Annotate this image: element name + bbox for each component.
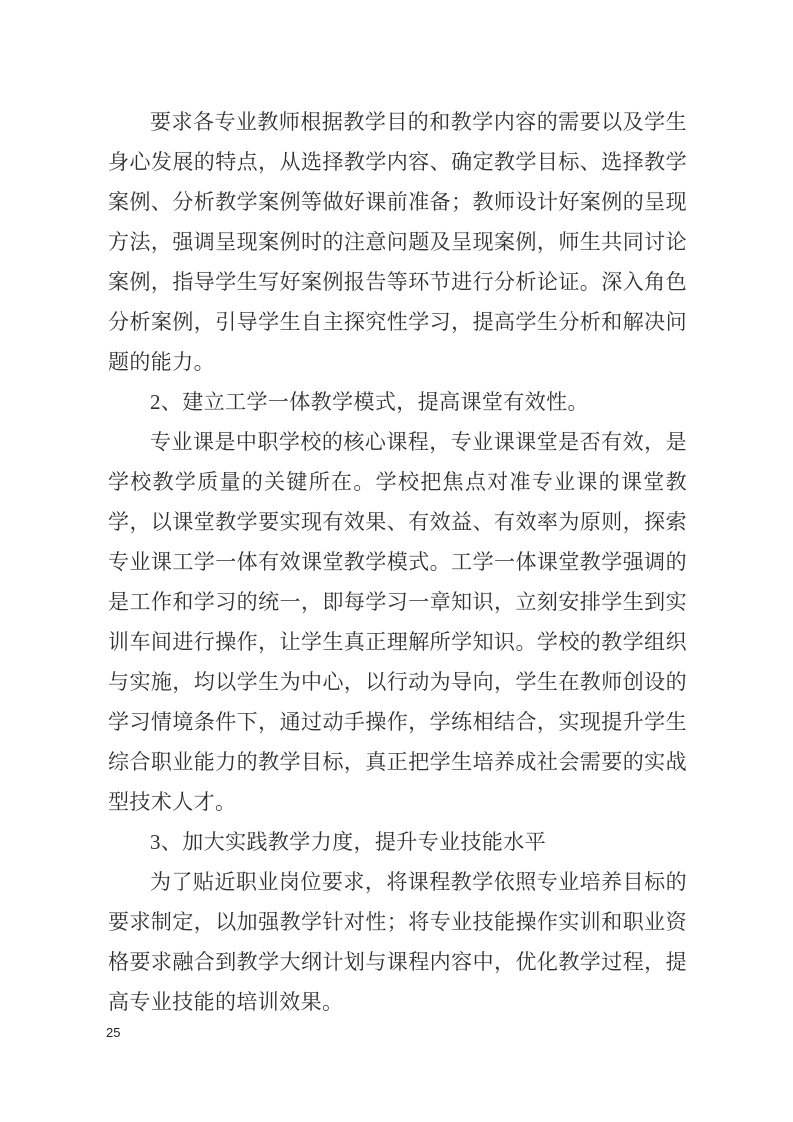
paragraph-practice-teaching: 为了贴近职业岗位要求，将课程教学依照专业培养目标的要求制定，以加强教学针对性；将…: [108, 862, 687, 1022]
body-text: 要求各专业教师根据教学目的和教学内容的需要以及学生身心发展的特点，从选择教学内容…: [108, 102, 687, 1022]
paragraph-case-teaching: 要求各专业教师根据教学目的和教学内容的需要以及学生身心发展的特点，从选择教学内容…: [108, 102, 687, 382]
heading-item-3: 3、加大实践教学力度，提升专业技能水平: [108, 822, 687, 862]
document-page: 要求各专业教师根据教学目的和教学内容的需要以及学生身心发展的特点，从选择教学内容…: [0, 0, 793, 1122]
heading-item-2: 2、建立工学一体教学模式，提高课堂有效性。: [108, 382, 687, 422]
page-number: 25: [106, 1024, 120, 1042]
paragraph-work-study-model: 专业课是中职学校的核心课程，专业课课堂是否有效，是学校教学质量的关键所在。学校把…: [108, 422, 687, 822]
